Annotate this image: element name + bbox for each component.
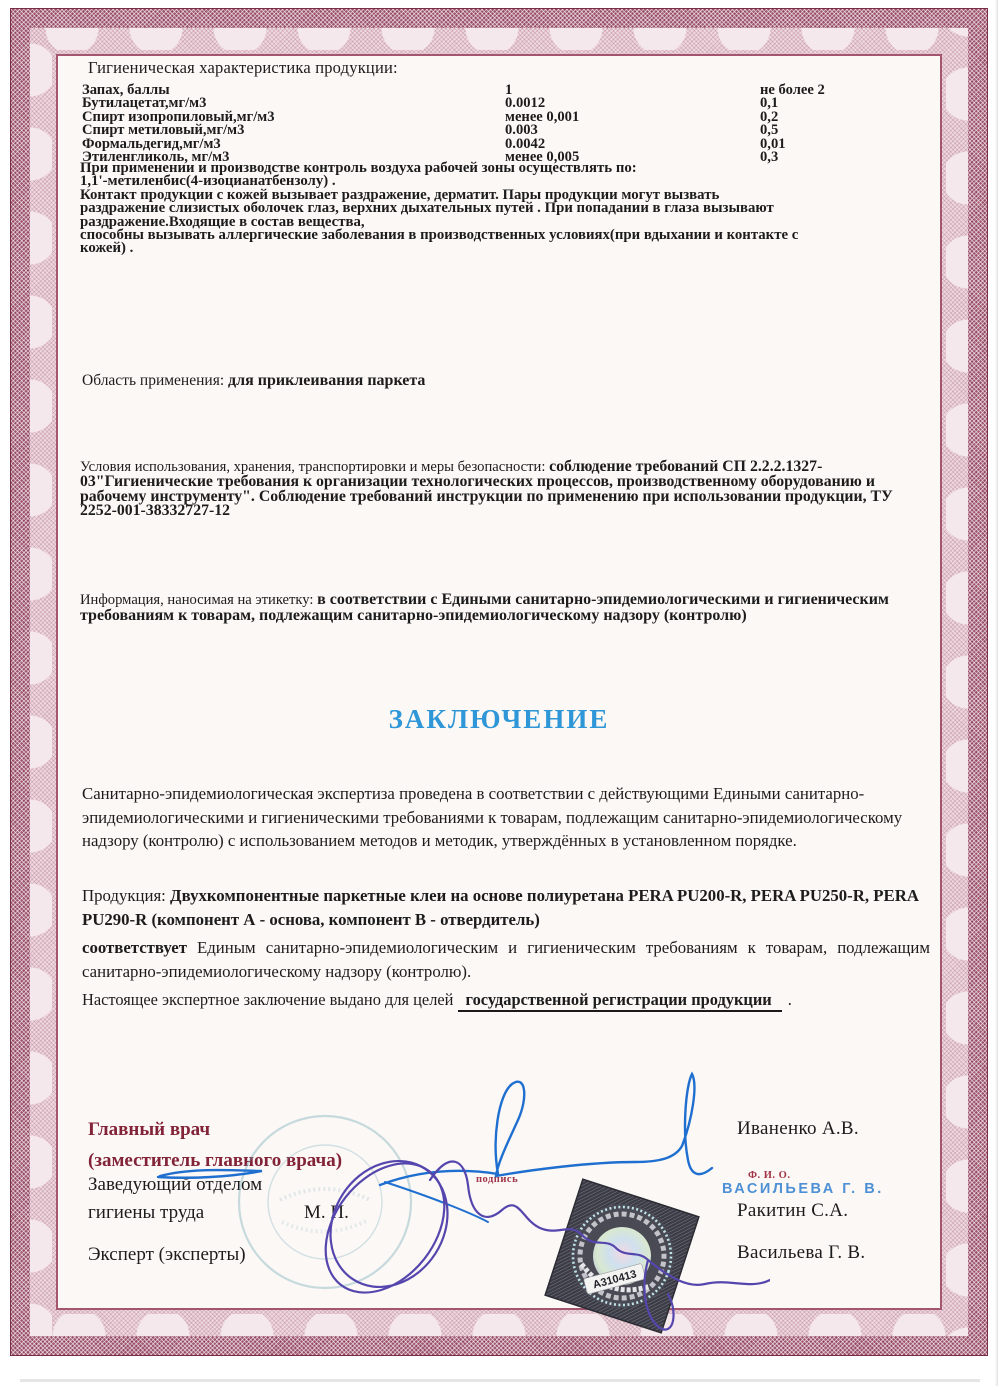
expert-name: Васильева Г. В. [737, 1242, 865, 1264]
stamp-place-mark: М. П. [304, 1202, 349, 1224]
product-value: Двухкомпонентные паркетные клеи на основ… [82, 886, 918, 929]
scan-shadow-bottom [20, 1379, 980, 1382]
scan-shadow-right [995, 0, 998, 1386]
product-paragraph: Продукция: Двухкомпонентные паркетные кл… [82, 884, 930, 932]
hygiene-cell-norm: 0,2 [760, 111, 920, 124]
chief-doctor-name: Иваненко А.В. [737, 1118, 859, 1140]
certificate-content: Гигиеническая характеристика продукции: … [56, 54, 942, 1310]
issued-line: Настоящее экспертное заключение выдано д… [82, 990, 930, 1010]
scallop-bottom [30, 1314, 968, 1336]
dept-head-title-line2: гигиены труда [88, 1202, 204, 1224]
chief-doctor-title: Главный врач [88, 1119, 210, 1141]
expert-title: Эксперт (эксперты) [88, 1244, 246, 1266]
issued-suffix: . [788, 990, 792, 1009]
hygiene-cell-norm: 0,1 [760, 97, 920, 110]
conforms-paragraph: соответствует Единым санитарно-эпидемиол… [82, 936, 930, 983]
conclusion-heading: ЗАКЛЮЧЕНИЕ [58, 704, 940, 735]
scallop-right [946, 28, 968, 1336]
warning-text: При применении и производстве контроль в… [80, 162, 922, 256]
issued-prefix: Настоящее экспертное заключение выдано д… [82, 990, 453, 1009]
issued-purpose: государственной регистрации продукции [458, 990, 782, 1012]
label-info-label: Информация, наносимая на этикетку: [80, 592, 313, 608]
conforms-rest: Единым санитарно-эпидемиологическим и ги… [82, 938, 930, 981]
stamped-name: ВАСИЛЬЕВА Г. В. [722, 1181, 884, 1197]
signature-caption: подпись [476, 1174, 518, 1185]
fio-caption: Ф. И. О. [748, 1170, 790, 1181]
dept-head-title-line1: Заведующий отделом [88, 1174, 262, 1196]
hygiene-cell-norm: 0,01 [760, 138, 920, 151]
conclusion-paragraph: Санитарно-эпидемиологическая экспертиза … [82, 782, 924, 853]
hygiene-cell-norm: не более 2 [760, 84, 920, 97]
text-line: способны вызывать аллергические заболева… [80, 229, 922, 242]
scallop-left [30, 28, 52, 1336]
product-label: Продукция: [82, 886, 166, 905]
conditions-paragraph: Условия использования, хранения, транспо… [80, 460, 928, 519]
certificate: Гигиеническая характеристика продукции: … [10, 8, 988, 1356]
text-line: кожей) . [80, 242, 922, 255]
scallop-top [30, 28, 968, 50]
label-info-paragraph: Информация, наносимая на этикетку: в соо… [80, 592, 928, 624]
hygiene-cell-measured: менее 0,001 [505, 111, 760, 124]
hygiene-table: Запах, баллы1не более 2Бутилацетат,мг/м3… [82, 84, 920, 164]
section-title-hygiene: Гигиеническая характеристика продукции: [88, 58, 398, 78]
conforms-bold: соответствует [82, 938, 187, 957]
application-label: Область применения: [82, 372, 224, 389]
deputy-chief-title: (заместитель главного врача) [88, 1150, 342, 1172]
certificate-page: Гигиеническая характеристика продукции: … [0, 0, 1000, 1386]
dept-head-name: Ракитин С.А. [737, 1200, 848, 1222]
application-value: для приклеивания паркета [228, 372, 425, 389]
application-line: Область применения: для приклеивания пар… [82, 372, 425, 390]
hygiene-row: Запах, баллы1не более 2 [82, 84, 920, 97]
